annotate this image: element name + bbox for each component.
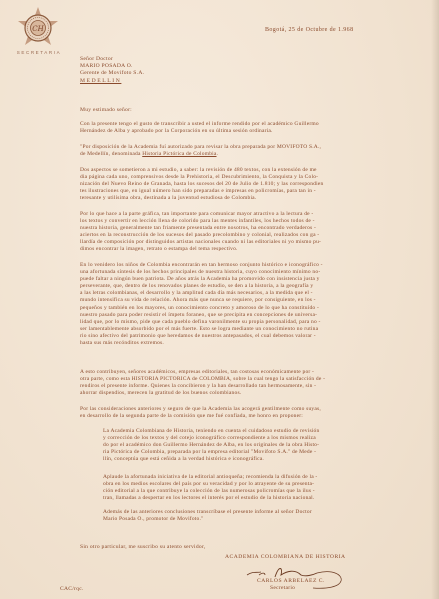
text-line: otra parte, como esta HISTORIA PICTORICA… [80,376,428,383]
seal-caption: SECRETARIA [13,50,65,55]
text-line: llardía de composición por distinguidos … [80,239,428,246]
paragraph-future: En lo venidero los niños de Colombia enc… [80,262,428,347]
reference-initials: CAC/rqc. [60,586,84,593]
paragraph-aspects: Dos aspectos se sometieron a mi estudio,… [80,167,428,202]
text-line: rendiros el presente informe. Quienes la… [80,383,428,390]
work-title: Historia Pictórica de Colombia [142,151,216,157]
text-line: obra en los medios escolares del país po… [103,481,423,488]
text-line: do por el académico don Guillermo Hernán… [103,442,423,449]
text-line: pequeños y también en los mayores, un co… [80,305,428,312]
text-line: una afortunada síntesis de los hechos pr… [80,269,428,276]
text-line: mundo intensifica su vida de relación. A… [80,297,428,304]
paragraph-authorization: "Por disposición de la Academia fuí auto… [80,144,428,158]
recipient-address: Señor Doctor MARIO POSADA O. Gerente de … [80,56,144,85]
greeting: Muy estimado señor: [80,107,132,114]
text-line: nuestro pasado para poder resistir el ím… [80,312,428,319]
text-line: Por las consideraciones anteriores y seg… [80,406,428,413]
text-line: teresante y utilísima obra, destinada a … [80,195,428,202]
text-line: tran, llamadas a despertar en los lector… [103,495,423,502]
page-edge-shadow [431,0,439,599]
text-line: Mario Posada O., promotor de Movifoto." [103,516,423,523]
text-line: nuestra historia, generalmente tan friam… [80,225,428,232]
text-line: ria Pictórica de Colombia, preparada por… [103,449,423,456]
text-line: Dos aspectos se sometieron a mi estudio,… [80,167,428,174]
text-line: La Academia Colombiana de Historia, teni… [103,428,423,435]
text-line: hasta sus más recónditos extremos. [80,340,428,347]
text-line: de Medellín, denominada Historia Pictóri… [80,151,428,158]
text-line: A esto contribuyen, señores académicos, … [80,369,428,376]
text-line: nización del Nuevo Reino de Granada, has… [80,181,428,188]
signature-organization: ACADEMIA COLOMBIANA DE HISTORIA [225,554,346,561]
signer-role: Secretario [270,585,295,592]
text-line: puede faltar a ningún buen patriota. De … [80,276,428,283]
text-line: rio sino afectivo del patrimonio que her… [80,333,428,340]
recipient-position: Gerente de Movifoto S.A. [80,70,144,77]
paragraph-contribution: A esto contribuyen, señores académicos, … [80,369,428,397]
letter-page: CH SECRETARIA Bogotá, 25 de Octubre de 1… [0,0,439,599]
proposal-applause: Aplaude la afortunada iniciativa de la e… [103,474,423,502]
svg-text:CH: CH [32,25,44,33]
text-line: ahorrar dispendios, merecen la gratitud … [80,390,428,397]
text-line: Además de las anteriores conclusiones tr… [103,509,423,516]
text-line: Por lo que hace a la parte gráfica, tan … [80,211,428,218]
recipient-city: MEDELLIN [80,78,144,85]
text-line: lidad que, por lo mismo, pide que cada p… [80,319,428,326]
text-line: ser lamentablemente absorbido por el más… [80,326,428,333]
text-line: Aplaude la afortunada iniciativa de la e… [103,474,423,481]
text-line: Hernández de Alba y aprobado por la Corp… [80,128,428,135]
paragraph-considerations: Por las consideraciones anteriores y seg… [80,406,428,420]
text-line: tes ilustraciones que, en igual número h… [80,188,428,195]
text-line: llín, conceptúa que está ceñida a la ver… [103,456,423,463]
proposal-transcribe: Además de las anteriores conclusiones tr… [103,509,423,523]
text-line: Con la presente tengo el gusto de transc… [80,121,428,128]
text-line: perseverante, que, dentro de los renovad… [80,283,428,290]
text-line: a las letras colombianas, el desarrollo … [80,290,428,297]
proposal-concept: La Academia Colombiana de Historia, teni… [103,428,423,463]
recipient-title: Señor Doctor [80,56,144,63]
text-line: y corrección de los textos y del cotejo … [103,435,423,442]
text-line: "Por disposición de la Academia fuí auto… [80,144,428,151]
letter-date: Bogotá, 25 de Octubre de 1.968 [265,27,353,34]
closing-line: Sin otro particular, me suscribo su aten… [80,544,206,551]
paragraph-intro: Con la presente tengo el gusto de transc… [80,121,428,135]
text-line: dia página cada uno, comprensivos desde … [80,174,428,181]
paragraph-graphics: Por lo que hace a la parte gráfica, tan … [80,211,428,254]
text-line: aciertos en la reconstrucción de los suc… [80,232,428,239]
text-line: en desarrollo de la segunda parte de la … [80,413,428,420]
text-line: los textos y convertir en lección llena … [80,218,428,225]
academia-seal-icon: CH [16,6,60,50]
text-line: ción editorial a la que contribuye la co… [103,488,423,495]
text-line: dimos encontrar la imagen, retrato o est… [80,246,428,253]
text-line: En lo venidero los niños de Colombia enc… [80,262,428,269]
